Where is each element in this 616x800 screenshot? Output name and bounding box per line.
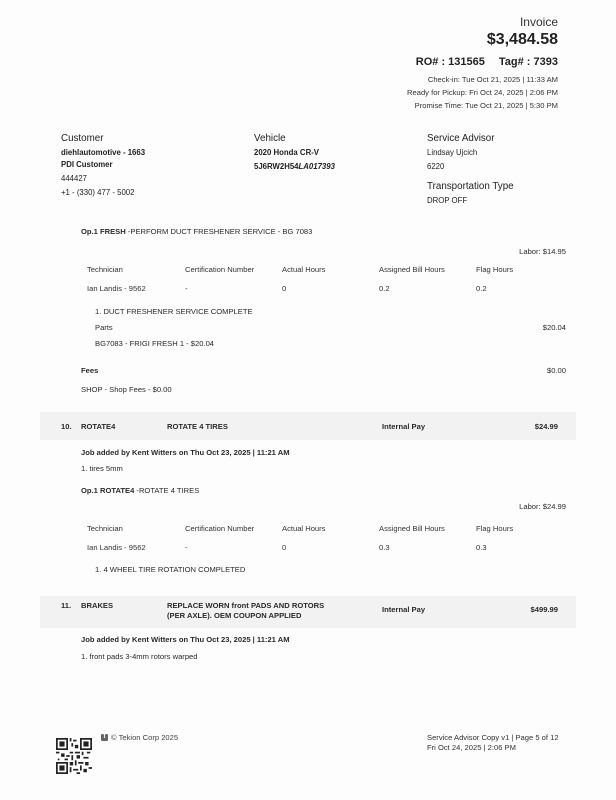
fees-line: SHOP - Shop Fees - $0.00 xyxy=(81,385,172,394)
table-row: Ian Landis - 9562 - 0 0.3 0.3 xyxy=(87,538,536,557)
ready-for-pickup-time: Ready for Pickup: Fri Oct 24, 2025 | 2:0… xyxy=(407,88,558,97)
col-certification: Certification Number xyxy=(185,519,282,538)
ro-number: RO# : 131565 xyxy=(416,56,485,68)
job-header-band xyxy=(40,412,576,440)
col-actual-hours: Actual Hours xyxy=(282,519,379,538)
parts-total: $20.04 xyxy=(543,323,566,332)
service-advisor-section: Service Advisor Lindsay Ujcich 6220 xyxy=(427,133,495,173)
job-number: 11. xyxy=(61,601,71,610)
vehicle-vin: 5J6RW2H54LA017393 xyxy=(254,161,335,173)
actual-hours: 0 xyxy=(282,538,379,557)
job-description: REPLACE WORN front PADS AND ROTORS (PER … xyxy=(167,601,324,621)
op-description: -PERFORM DUCT FRESHENER SERVICE - BG 708… xyxy=(126,227,313,236)
op-code: Op.1 ROTATE4 xyxy=(81,486,134,495)
service-advisor-label: Service Advisor xyxy=(427,133,495,144)
service-advisor-name: Lindsay Ujcich xyxy=(427,147,495,159)
footer-copyright: T © Tekion Corp 2025 xyxy=(101,733,178,742)
tag-number: Tag# : 7393 xyxy=(499,56,558,68)
job-amount: $24.99 xyxy=(535,422,558,431)
job-pay-type: Internal Pay xyxy=(382,422,425,431)
footer-copy-info: Service Advisor Copy v1 | Page 5 of 12 F… xyxy=(427,733,559,752)
copyright-text: © Tekion Corp 2025 xyxy=(111,733,178,742)
story-line: 1. 4 WHEEL TIRE ROTATION COMPLETED xyxy=(95,565,245,574)
certification-number: - xyxy=(185,279,282,298)
invoice-title: Invoice xyxy=(520,15,558,29)
op-code: Op.1 FRESH xyxy=(81,227,126,236)
flag-hours: 0.2 xyxy=(476,279,536,298)
job-concern: 1. front pads 3-4mm rotors warped xyxy=(81,652,198,661)
story-line: 1. DUCT FRESHENER SERVICE COMPLETE xyxy=(95,307,253,316)
col-certification: Certification Number xyxy=(185,260,282,279)
transportation-section: Transportation Type DROP OFF xyxy=(427,181,514,207)
tekion-logo-icon: T xyxy=(101,734,108,741)
col-technician: Technician xyxy=(87,519,185,538)
technician-table: Technician Certification Number Actual H… xyxy=(87,260,536,298)
job-code: ROTATE4 xyxy=(81,422,115,431)
vehicle-label: Vehicle xyxy=(254,133,335,144)
printed-timestamp: Fri Oct 24, 2025 | 2:06 PM xyxy=(427,743,559,753)
op-fresh-heading: Op.1 FRESH -PERFORM DUCT FRESHENER SERVI… xyxy=(81,227,312,236)
job-description-line1: REPLACE WORN front PADS AND ROTORS xyxy=(167,601,324,611)
assigned-bill-hours: 0.3 xyxy=(379,538,476,557)
technician-name: Ian Landis - 9562 xyxy=(87,538,185,557)
parts-label: Parts xyxy=(95,323,113,332)
assigned-bill-hours: 0.2 xyxy=(379,279,476,298)
table-header-row: Technician Certification Number Actual H… xyxy=(87,260,536,279)
col-technician: Technician xyxy=(87,260,185,279)
col-flag-hours: Flag Hours xyxy=(476,519,536,538)
job-description: ROTATE 4 TIRES xyxy=(167,422,228,431)
customer-type: PDI Customer xyxy=(61,159,145,171)
col-actual-hours: Actual Hours xyxy=(282,260,379,279)
labor-amount: Labor: $14.95 xyxy=(519,247,566,256)
op-description: -ROTATE 4 TIRES xyxy=(134,486,199,495)
customer-id: 444427 xyxy=(61,173,145,185)
parts-line: BG7083 - FRIGI FRESH 1 - $20.04 xyxy=(95,339,214,348)
customer-section: Customer diehlautomotive - 1663 PDI Cust… xyxy=(61,133,145,199)
qr-code-icon xyxy=(56,738,92,774)
job-number: 10. xyxy=(61,422,72,431)
job-pay-type: Internal Pay xyxy=(382,605,425,614)
col-assigned-bill-hours: Assigned Bill Hours xyxy=(379,519,476,538)
table-row: Ian Landis - 9562 - 0 0.2 0.2 xyxy=(87,279,536,298)
job-description-line2: (PER AXLE). OEM COUPON APPLIED xyxy=(167,611,324,621)
job-added-by: Job added by Kent Witters on Thu Oct 23,… xyxy=(81,448,290,457)
fees-label: Fees xyxy=(81,366,98,375)
customer-name: diehlautomotive - 1663 xyxy=(61,147,145,159)
vehicle-section: Vehicle 2020 Honda CR-V 5J6RW2H54LA01739… xyxy=(254,133,335,173)
labor-amount: Labor: $24.99 xyxy=(519,502,566,511)
flag-hours: 0.3 xyxy=(476,538,536,557)
job-amount: $499.99 xyxy=(531,605,558,614)
invoice-total: $3,484.58 xyxy=(487,31,558,49)
col-flag-hours: Flag Hours xyxy=(476,260,536,279)
transportation-value: DROP OFF xyxy=(427,195,514,207)
job-concern: 1. tires 5mm xyxy=(81,464,123,473)
promise-time: Promise Time: Tue Oct 21, 2025 | 5:30 PM xyxy=(415,101,558,110)
job-added-by: Job added by Kent Witters on Thu Oct 23,… xyxy=(81,635,290,644)
copy-page-info: Service Advisor Copy v1 | Page 5 of 12 xyxy=(427,733,559,743)
technician-name: Ian Landis - 9562 xyxy=(87,279,185,298)
technician-table: Technician Certification Number Actual H… xyxy=(87,519,536,557)
vin-prefix: 5J6RW2H54 xyxy=(254,162,299,171)
col-assigned-bill-hours: Assigned Bill Hours xyxy=(379,260,476,279)
transportation-label: Transportation Type xyxy=(427,181,514,192)
check-in-time: Check-in: Tue Oct 21, 2025 | 11:33 AM xyxy=(428,75,558,84)
vin-suffix: LA017393 xyxy=(299,162,335,171)
vehicle-model: 2020 Honda CR-V xyxy=(254,147,335,159)
table-header-row: Technician Certification Number Actual H… xyxy=(87,519,536,538)
fees-total: $0.00 xyxy=(547,366,566,375)
actual-hours: 0 xyxy=(282,279,379,298)
op-rotate-heading: Op.1 ROTATE4 -ROTATE 4 TIRES xyxy=(81,486,199,495)
certification-number: - xyxy=(185,538,282,557)
service-advisor-id: 6220 xyxy=(427,161,495,173)
customer-phone: +1 - (330) 477 - 5002 xyxy=(61,187,145,199)
customer-label: Customer xyxy=(61,133,145,144)
ro-tag-line: RO# : 131565Tag# : 7393 xyxy=(416,56,558,68)
job-code: BRAKES xyxy=(81,601,113,610)
